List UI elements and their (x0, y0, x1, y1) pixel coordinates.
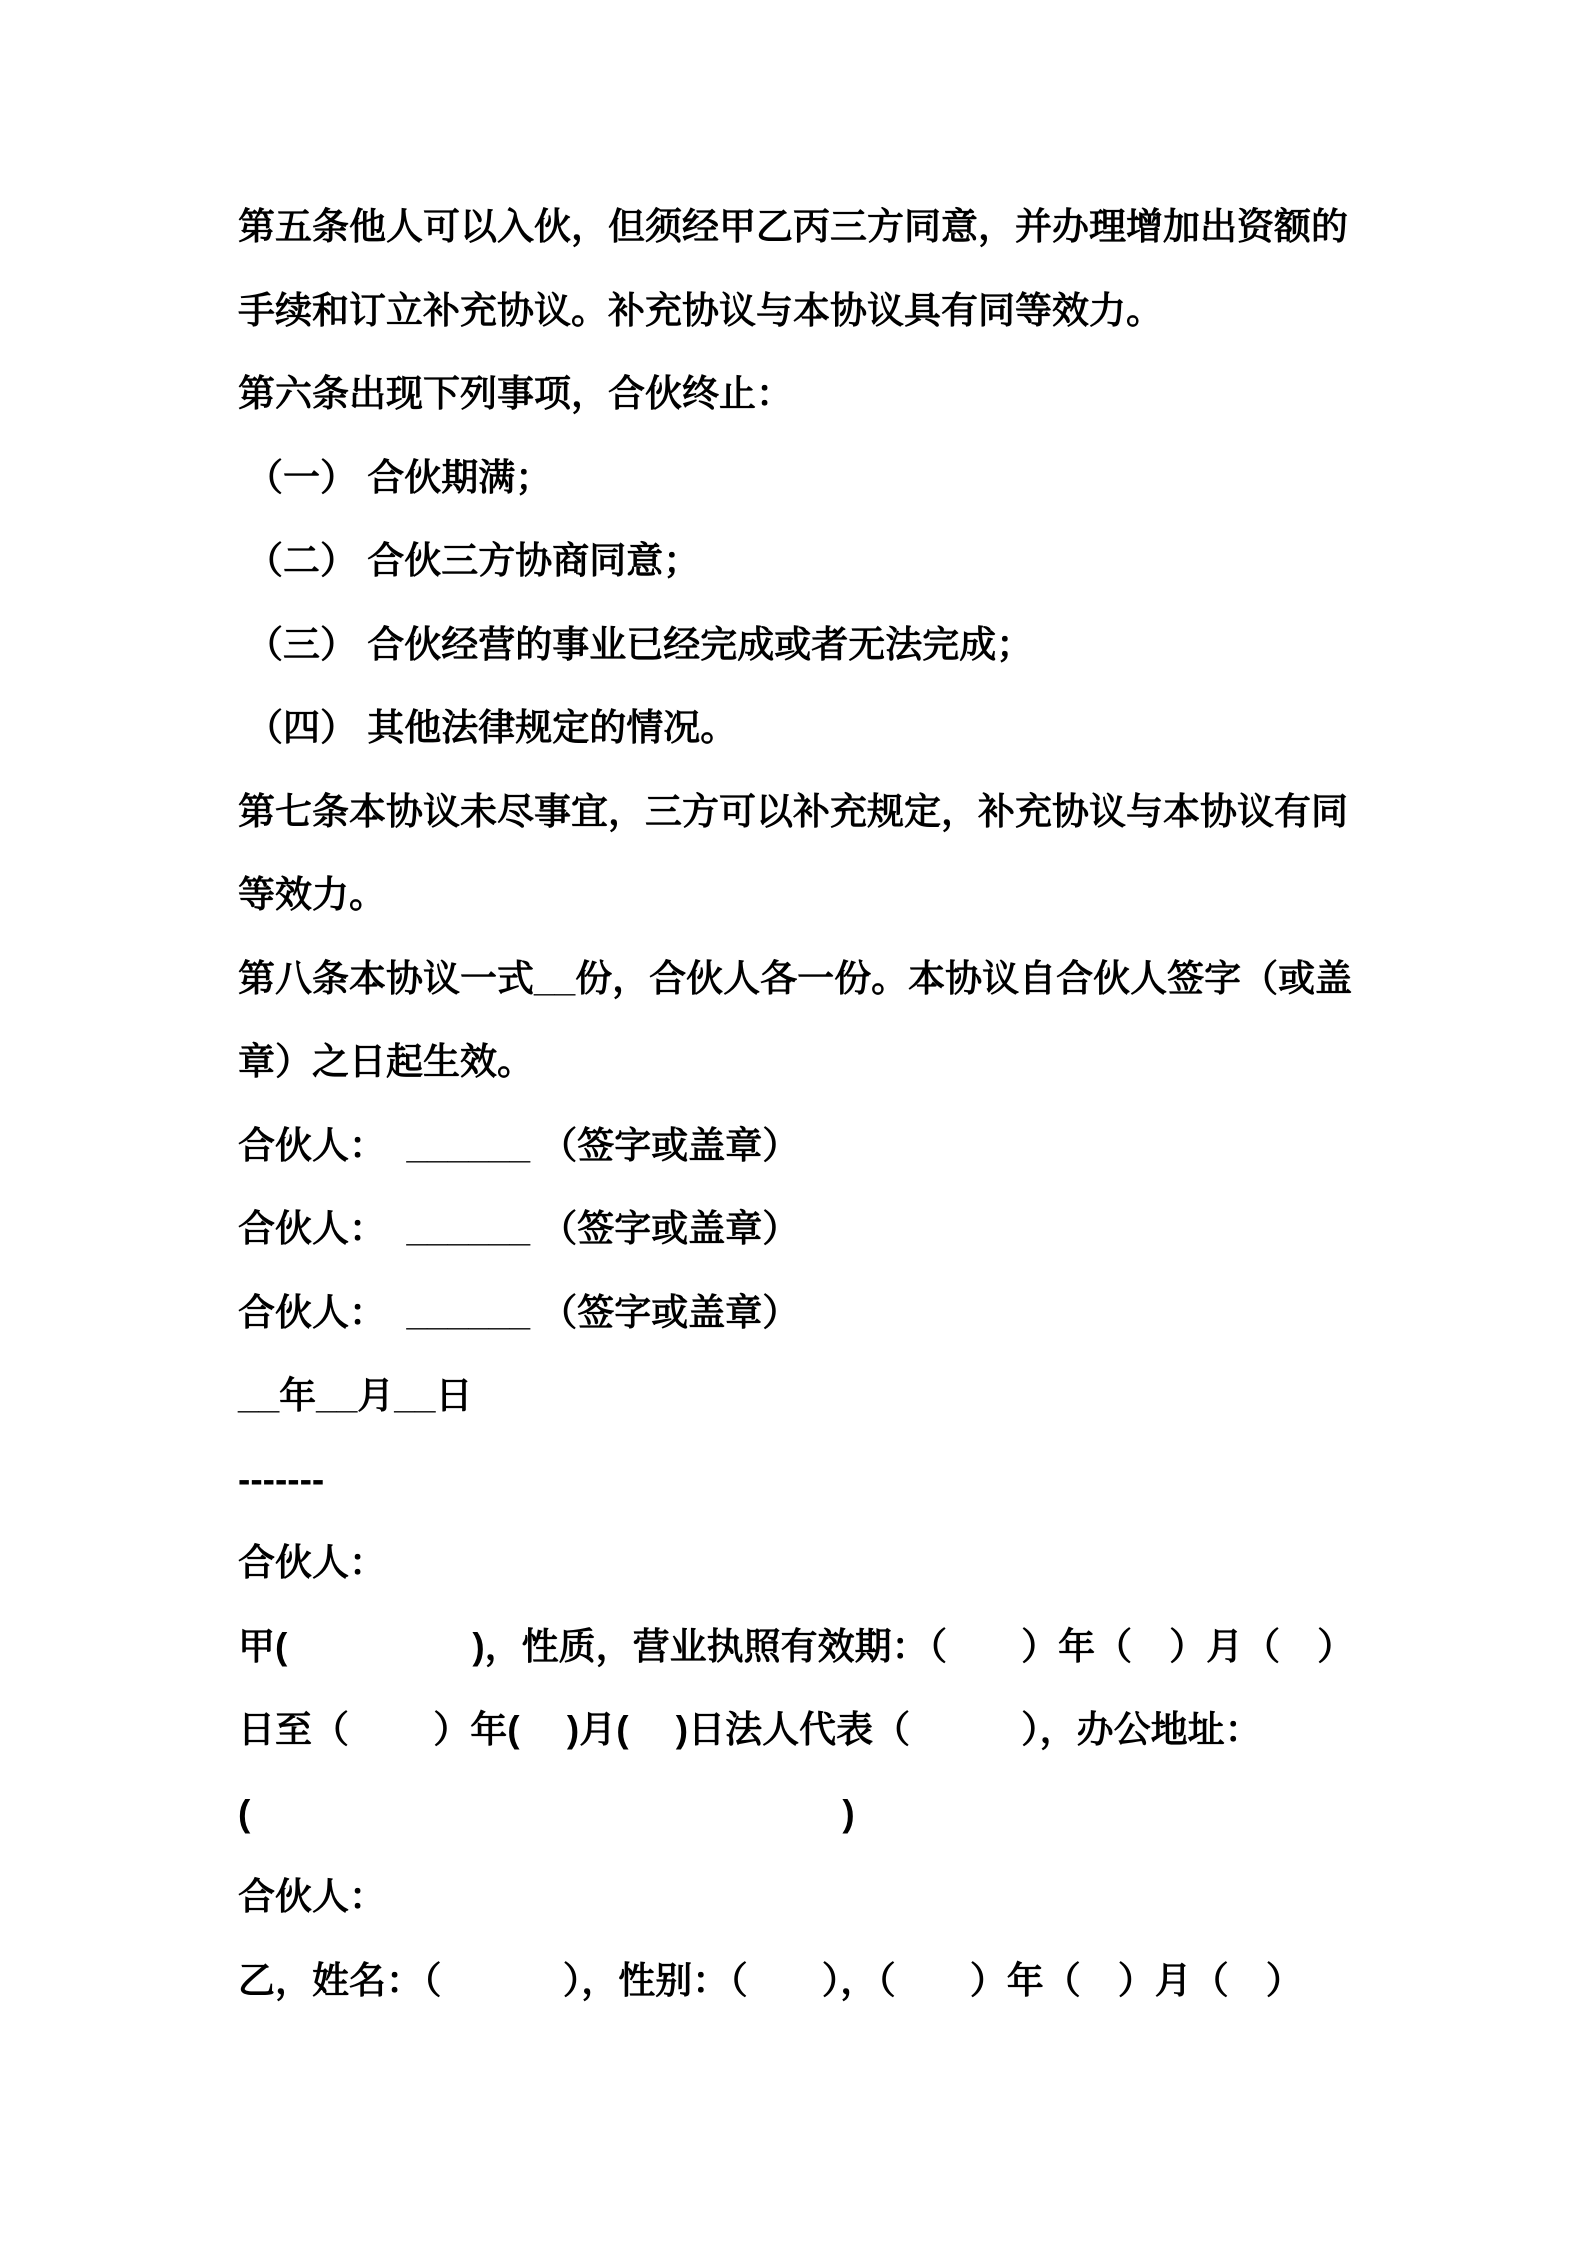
clause-6-item-4: （四） 其他法律规定的情况。 (238, 686, 1354, 770)
clause-6-item-2: （二） 合伙三方协商同意； (238, 519, 1354, 603)
clause-6-item-3: （三） 合伙经营的事业已经完成或者无法完成； (238, 603, 1354, 687)
partner-signature-line-2: 合伙人： ______ （签字或盖章） (238, 1187, 1354, 1271)
partner-b-line-1: 乙，姓名：（ ），性别：（ ），（ ）年（ ）月（ ） (238, 1939, 1354, 2023)
clause-8-line-1: 第八条本协议一式__份，合伙人各一份。本协议自合伙人签字（或盖 (238, 937, 1354, 1021)
partner-a-line-2: 日至（ ）年( )月( )日法人代表（ ），办公地址： (238, 1688, 1354, 1772)
partner-a-line-3: ( ) (238, 1772, 1354, 1856)
document-body: 第五条他人可以入伙，但须经甲乙丙三方同意，并办理增加出资额的手续和订立补充协议。… (238, 185, 1354, 2022)
partner-signature-line-3: 合伙人： ______ （签字或盖章） (238, 1271, 1354, 1355)
document-page: 第五条他人可以入伙，但须经甲乙丙三方同意，并办理增加出资额的手续和订立补充协议。… (0, 0, 1586, 2244)
clause-7-line-1: 第七条本协议未尽事宜，三方可以补充规定，补充协议与本协议有同 (238, 770, 1354, 854)
partner-section-label-1: 合伙人： (238, 1521, 1354, 1605)
date-line: __年__月__日 (238, 1354, 1354, 1438)
partner-signature-line-1: 合伙人： ______ （签字或盖章） (238, 1104, 1354, 1188)
clause-6-heading: 第六条出现下列事项，合伙终止： (238, 352, 1354, 436)
partner-section-label-2: 合伙人： (238, 1855, 1354, 1939)
clause-6-item-1: （一） 合伙期满； (238, 436, 1354, 520)
clause-5-line-1: 第五条他人可以入伙，但须经甲乙丙三方同意，并办理增加出资额的 (238, 185, 1354, 269)
clause-7-line-2: 等效力。 (238, 853, 1354, 937)
clause-5-line-2: 手续和订立补充协议。补充协议与本协议具有同等效力。 (238, 269, 1354, 353)
separator-line: ------- (238, 1438, 1354, 1522)
clause-8-line-2: 章）之日起生效。 (238, 1020, 1354, 1104)
partner-a-line-1: 甲( )，性质，营业执照有效期：（ ）年（ ）月（ ） (238, 1605, 1354, 1689)
